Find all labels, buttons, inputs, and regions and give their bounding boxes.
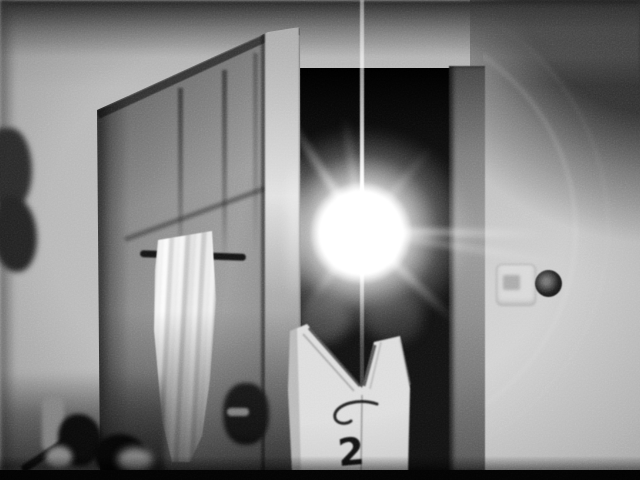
photo-container: 2 [0,0,640,480]
vignette [0,0,640,480]
